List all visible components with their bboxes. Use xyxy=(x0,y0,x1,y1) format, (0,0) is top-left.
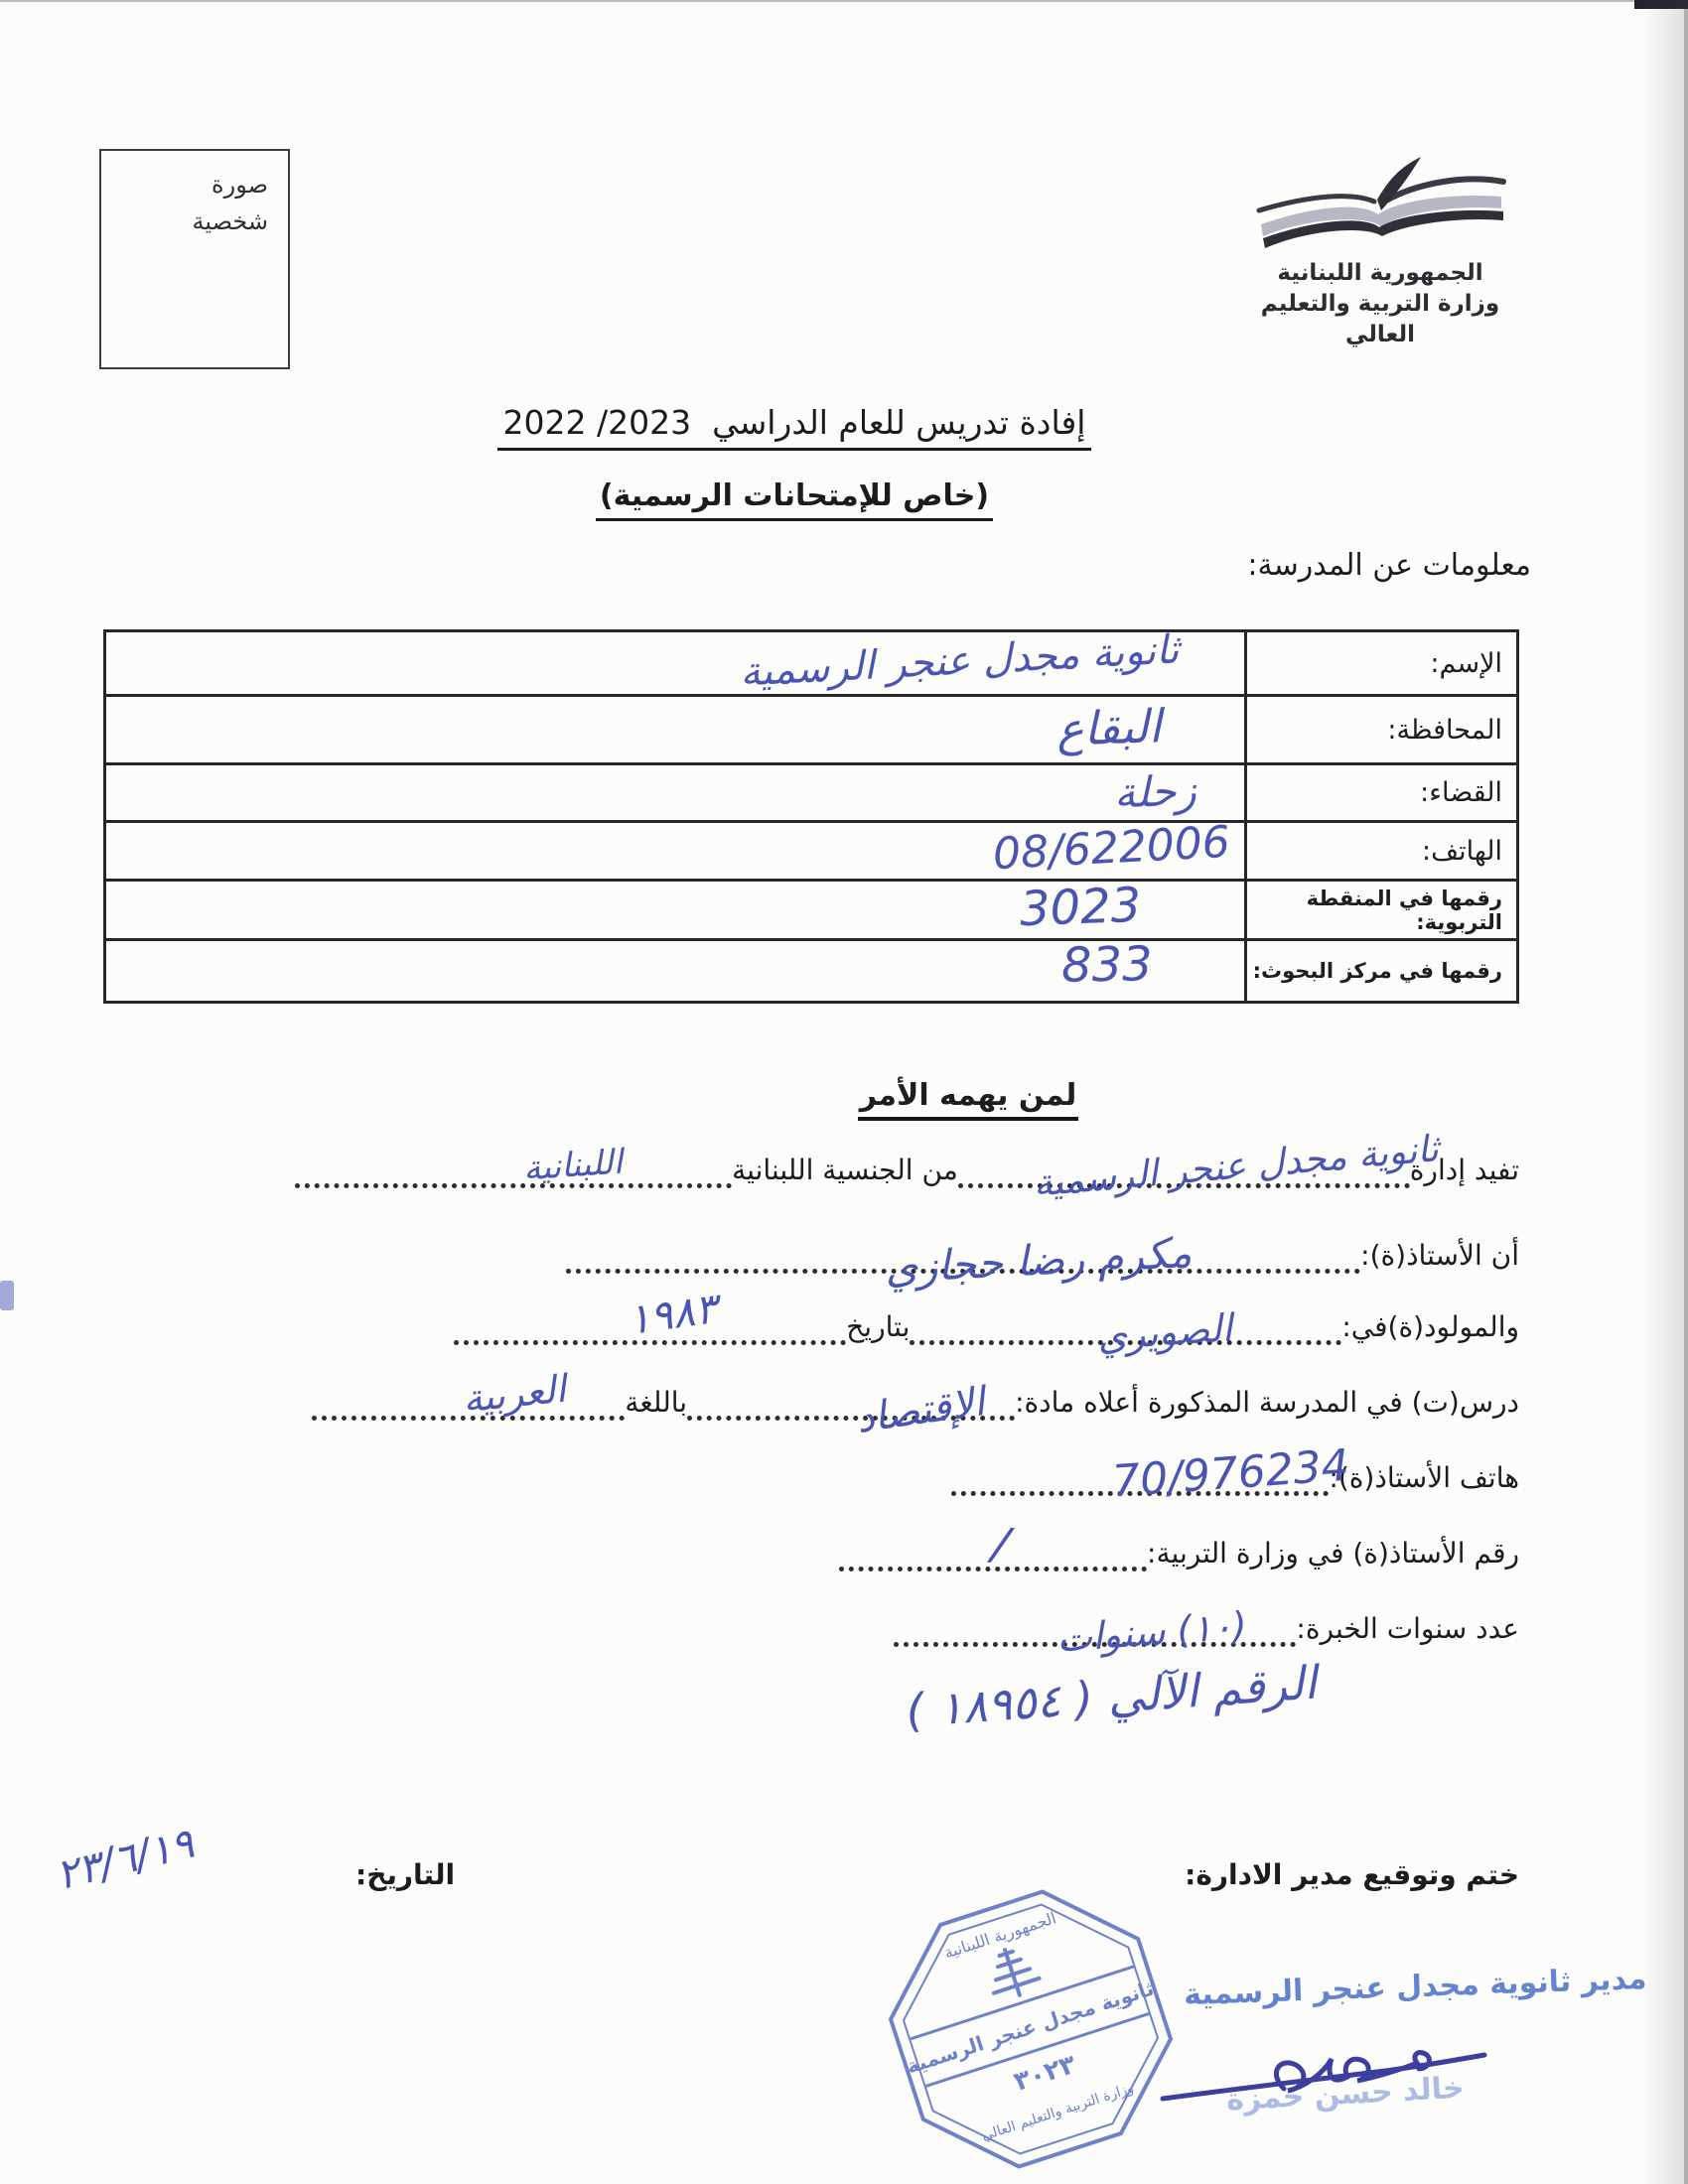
dotted-field-subject: الإقتصاد xyxy=(687,1386,1015,1421)
handwritten-district-number: 3023 xyxy=(1019,878,1142,937)
table-row-district-number: رقمها في المنقطة التربوية: 3023 xyxy=(106,882,1516,941)
handwritten-auto-number: الرقم الآلي ( ١٨٩٥٤ ) xyxy=(905,1656,1319,1738)
handwritten-governorate: البقاع xyxy=(1055,699,1162,756)
handwritten-school-phone: 08/622006 xyxy=(992,817,1231,880)
handwritten-birthplace: الصويري xyxy=(1096,1305,1234,1358)
school-octagon-stamp: الجمهورية اللبنانية ثانوية مجدل عنجر الر… xyxy=(872,1882,1192,2182)
table-row-governorate: المحافظة: البقاع xyxy=(106,697,1516,765)
row-label-name: الإسم: xyxy=(1244,632,1516,694)
handwritten-birthyear: ١٩٨٣ xyxy=(625,1284,720,1344)
handwritten-date: ٢٣/٦/١٩ xyxy=(51,1819,199,1900)
handwritten-school-name: ثانوية مجدل عنجر الرسمية xyxy=(739,626,1180,695)
statement-line-ministry-number: رقم الأستاذ(ة) في وزارة التربية:/ xyxy=(839,1537,1519,1571)
table-row-research-number: رقمها في مركز البحوث: 833 xyxy=(106,941,1516,1001)
row-value-district: زحلة xyxy=(106,765,1244,820)
school-info-table: الإسم: ثانوية مجدل عنجر الرسمية المحافظة… xyxy=(103,629,1519,1004)
label-teacher-phone: هاتف الأستاذ(ة): xyxy=(1329,1461,1519,1496)
handwritten-district: زحلة xyxy=(1113,766,1196,818)
dotted-field-teacher: مكرم رضا حجازي xyxy=(566,1239,1360,1274)
logo-republic-line: الجمهورية اللبنانية xyxy=(1226,258,1534,289)
row-value-phone: 08/622006 xyxy=(106,823,1244,879)
director-signature xyxy=(1157,2027,1504,2116)
date-label: التاريخ: xyxy=(355,1858,455,1891)
statement-line-teacher: أن الأستاذ(ة):مكرم رضا حجازي xyxy=(566,1239,1519,1274)
concern-heading: لمن يهمه الأمر xyxy=(645,1078,1291,1121)
dotted-field-birthyear: ١٩٨٣ xyxy=(454,1310,846,1345)
dotted-field-teacher-phone: 70/976234 xyxy=(951,1461,1329,1496)
document-title: إفادة تدريس للعام الدراسي 2022 /2023 xyxy=(437,403,1152,451)
table-row-name: الإسم: ثانوية مجدل عنجر الرسمية xyxy=(106,632,1516,697)
table-row-phone: الهاتف: 08/622006 xyxy=(106,823,1516,882)
dotted-field-school: ثانوية مجدل عنجر الرسمية xyxy=(958,1154,1410,1188)
row-label-district: القضاء: xyxy=(1244,765,1516,820)
handwritten-teacher-name: مكرم رضا حجازي xyxy=(884,1228,1193,1293)
handwritten-experience: (١٠) سنوات xyxy=(1055,1603,1247,1660)
statement-line-birth: والمولود(ة)في:الصويريبتاريخ١٩٨٣ xyxy=(454,1310,1519,1345)
label-experience: عدد سنوات الخبرة: xyxy=(1296,1612,1519,1647)
scanned-form-page: صورة شخصية الجمهورية اللبنانية وزارة الت… xyxy=(0,0,1688,2184)
row-label-research-number: رقمها في مركز البحوث: xyxy=(1244,941,1516,1001)
personal-photo-label: صورة شخصية xyxy=(192,167,268,240)
scan-ink-speck xyxy=(0,1281,14,1310)
handwritten-research-number: 833 xyxy=(1061,936,1154,994)
subtitle-text: (خاص للإمتحانات الرسمية) xyxy=(596,478,993,521)
label-birthdate: بتاريخ xyxy=(846,1310,910,1345)
label-nationality: من الجنسية اللبنانية xyxy=(732,1154,958,1188)
statement-line-school: تفيد إدارةثانوية مجدل عنجر الرسميةمن الج… xyxy=(295,1154,1519,1188)
row-label-governorate: المحافظة: xyxy=(1244,697,1516,762)
table-row-district: القضاء: زحلة xyxy=(106,765,1516,823)
row-value-name: ثانوية مجدل عنجر الرسمية xyxy=(106,632,1244,694)
row-value-governorate: البقاع xyxy=(106,697,1244,762)
label-birthplace: والمولود(ة)في: xyxy=(1341,1310,1519,1345)
dotted-field-language: العربية xyxy=(312,1386,625,1421)
stamp-signature-label: ختم وتوقيع مدير الادارة: xyxy=(1185,1858,1519,1891)
label-ministry-number: رقم الأستاذ(ة) في وزارة التربية: xyxy=(1147,1537,1519,1571)
statement-line-subject: درس(ت) في المدرسة المذكورة أعلاه مادة:ال… xyxy=(312,1386,1519,1421)
scan-edge-dark-line xyxy=(1684,0,1688,2184)
dotted-field-nationality: اللبنانية xyxy=(295,1154,732,1188)
scan-edge-shadow xyxy=(1642,0,1688,2184)
scan-edge-line xyxy=(0,0,1688,2)
personal-photo-box: صورة شخصية xyxy=(99,149,290,369)
ministry-logo: الجمهورية اللبنانية وزارة التربية والتعل… xyxy=(1226,155,1534,350)
handwritten-school-name-2: ثانوية مجدل عنجر الرسمية xyxy=(1032,1127,1441,1205)
handwritten-nationality: اللبنانية xyxy=(522,1143,624,1189)
open-book-icon xyxy=(1241,155,1519,254)
logo-ministry-line: وزارة التربية والتعليم العالي xyxy=(1226,289,1534,350)
row-label-phone: الهاتف: xyxy=(1244,823,1516,879)
school-info-heading: معلومات عن المدرسة: xyxy=(1247,548,1531,583)
row-label-district-number: رقمها في المنقطة التربوية: xyxy=(1244,882,1516,938)
dotted-field-experience: (١٠) سنوات xyxy=(894,1612,1296,1647)
statement-line-experience: عدد سنوات الخبرة:(١٠) سنوات xyxy=(894,1612,1519,1647)
title-text: إفادة تدريس للعام الدراسي xyxy=(712,403,1085,442)
handwritten-teacher-phone: 70/976234 xyxy=(1110,1440,1350,1508)
row-value-research-number: 833 xyxy=(106,941,1244,1001)
photo-label-line2: شخصية xyxy=(192,204,268,240)
photo-label-line1: صورة xyxy=(192,167,268,204)
title-years: 2022 /2023 xyxy=(503,403,692,442)
handwritten-subject: الإقتصاد xyxy=(854,1379,988,1442)
stamp-director-title: مدير ثانوية مجدل عنجر الرسمية xyxy=(1184,1962,1647,2012)
dotted-field-birthplace: الصويري xyxy=(910,1310,1341,1345)
row-value-district-number: 3023 xyxy=(106,882,1244,938)
label-language: باللغة xyxy=(625,1386,687,1421)
statement-line-phone: هاتف الأستاذ(ة):70/976234 xyxy=(951,1461,1519,1496)
label-subject: درس(ت) في المدرسة المذكورة أعلاه مادة: xyxy=(1015,1386,1519,1421)
document-subtitle: (خاص للإمتحانات الرسمية) xyxy=(437,478,1152,521)
dotted-field-ministry-number: / xyxy=(839,1537,1147,1571)
handwritten-language: العربية xyxy=(461,1367,568,1422)
cedar-tree-icon xyxy=(982,1943,1042,2002)
handwritten-ministry-number: / xyxy=(989,1516,1012,1571)
label-teacher: أن الأستاذ(ة): xyxy=(1360,1239,1519,1274)
